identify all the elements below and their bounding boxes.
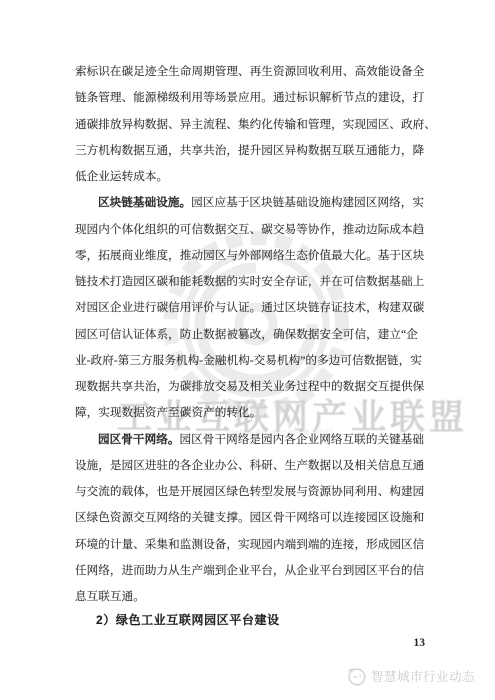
text-line: 设施，是园区进驻的各企业办公、科研、生产数据以及相关信息互通 [75, 453, 423, 479]
paragraph-lines: 索标识在碳足迹全生命周期管理、再生资源回收利用、高效能设备全链条管理、能源梯级利… [75, 59, 423, 610]
text-line: 任网络，进而助力从生产端到企业平台，从企业平台到园区平台的信 [75, 558, 423, 584]
paragraph-lead: 区块链基础设施。 [98, 196, 191, 209]
text-line: 与交流的载体，也是开展园区绿色转型发展与资源协同利用、构建园 [75, 479, 423, 505]
text-line: 园区骨干网络。园区骨干网络是园内各企业网络互联的关键基础 [75, 427, 423, 453]
text-line: 低企业运转成本。 [75, 164, 423, 190]
smiley-logo-icon [345, 665, 367, 687]
text-line: 现数据共享共治，为碳排放交易及相关业务过程中的数据交互提供保 [75, 374, 423, 400]
document-page: 工业互联网产业联盟 (www.aii-alliance.org) 索标识在碳足迹… [0, 0, 495, 700]
text-line: 园区可信认证体系，防止数据被篡改，确保数据安全可信，建立“企 [75, 322, 423, 348]
text-line: 零，拓展商业维度，推动园区与外部网络生态价值最大化。基于区块 [75, 243, 423, 269]
paragraph-lead: 园区骨干网络。 [98, 433, 180, 446]
text-line: 区块链基础设施。园区应基于区块链基础设施构建园区网络，实 [75, 190, 423, 216]
section-heading: 2）绿色工业互联网园区平台建设 [75, 607, 423, 633]
brand-label: 智慧城市行业动态 [371, 667, 475, 685]
text-line: 现园内个体化组织的可信数据交互、碳交易等协作，推动边际成本趋 [75, 217, 423, 243]
text-line: 索标识在碳足迹全生命周期管理、再生资源回收利用、高效能设备全 [75, 59, 423, 85]
text-line: 区绿色资源交互网络的关键支撑。园区骨干网络可以连接园区设施和 [75, 505, 423, 531]
text-line: 对园区企业进行碳信用评价与认证。通过区块链存证技术，构建双碳 [75, 295, 423, 321]
body-text: 索标识在碳足迹全生命周期管理、再生资源回收利用、高效能设备全链条管理、能源梯级利… [75, 59, 423, 633]
text-line: 链条管理、能源梯级利用等场景应用。通过标识解析节点的建设，打 [75, 85, 423, 111]
page-number: 13 [414, 636, 426, 650]
text-line: 障，实现数据资产至碳资产的转化。 [75, 400, 423, 426]
text-line: 环境的计量、采集和监测设备，实现园内端到端的连接，形成园区信 [75, 532, 423, 558]
footer-brand: 智慧城市行业动态 [345, 665, 475, 687]
text-line: 三方机构数据互通，共享共治，提升园区异构数据互联互通能力，降 [75, 138, 423, 164]
text-line: 通碳排放异构数据、异主流程、集约化传输和管理，实现园区、政府、 [75, 112, 423, 138]
text-line: 业-政府-第三方服务机构-金融机构-交易机构”的多边可信数据链，实 [75, 348, 423, 374]
text-line: 链技术打造园区碳和能耗数据的实时安全存证，并在可信数据基础上 [75, 269, 423, 295]
